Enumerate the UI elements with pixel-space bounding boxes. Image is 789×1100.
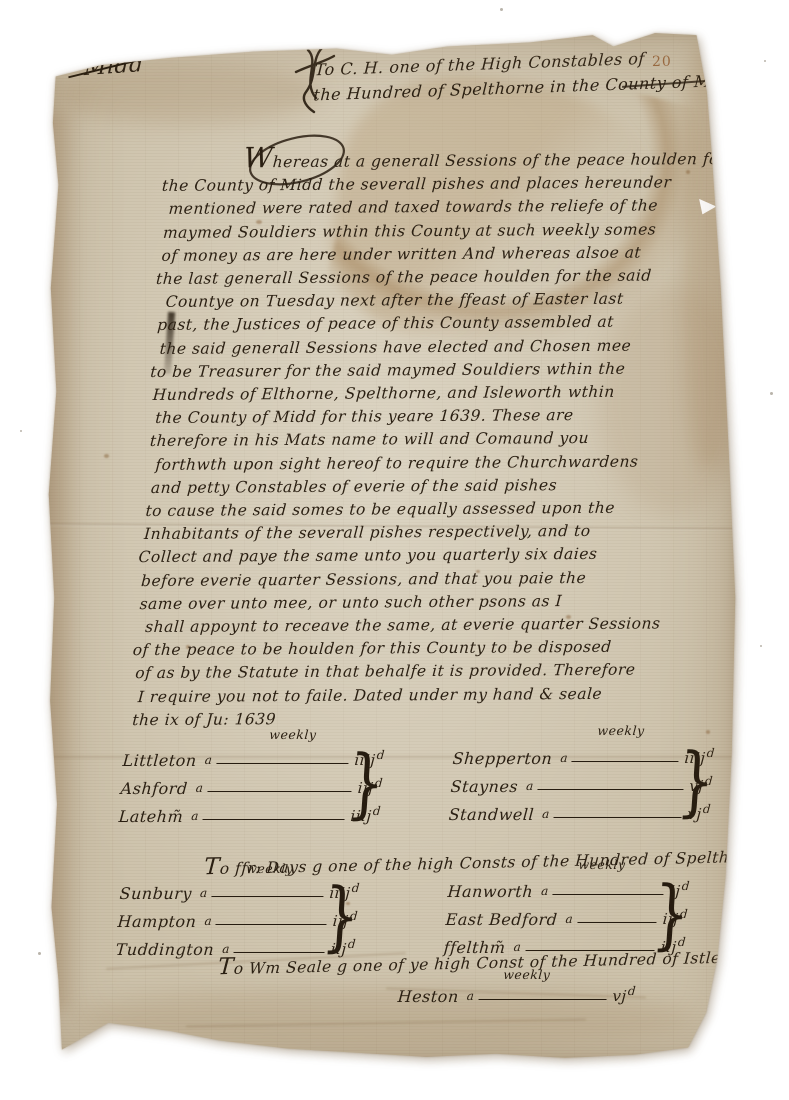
connector-letter: a [204, 914, 213, 928]
leader-line [577, 922, 657, 923]
weekly-label: weekly [503, 967, 551, 982]
weekly-label: weekly [597, 723, 645, 738]
body-line: Whereas at a generall Sessions of the pe… [167, 143, 741, 175]
place-name: Littleton [122, 751, 197, 770]
body-line: the last generall Sessions of the peace … [155, 264, 732, 291]
leader-line [216, 924, 327, 925]
foxing-spot [706, 730, 710, 734]
amount: vjd [612, 984, 637, 1005]
connector-letter: a [526, 779, 535, 793]
leader-line [216, 763, 348, 764]
wrinkle-line [186, 1019, 586, 1028]
body-line: shall appoynt to receave the same, at ev… [144, 612, 710, 639]
place-name: Latehm̃ [118, 807, 184, 826]
connector-letter: a [560, 751, 569, 765]
grouping-brace: } [320, 873, 363, 959]
assessment-row: Latehm̃ a iiijd [118, 798, 382, 826]
place-name: Heston [397, 987, 459, 1006]
leader-line [211, 896, 323, 897]
place-name: Sunbury [119, 884, 193, 903]
grouping-brace: } [345, 740, 388, 826]
assessment-row: Shepperton a iiijd [452, 740, 716, 768]
connector-letter: a [204, 753, 213, 767]
assessment-row: Littleton a iiijd [122, 742, 386, 770]
photo-backdrop: Midd To C. H. one of the High Constables… [0, 0, 789, 1100]
manuscript-page: Midd To C. H. one of the High Constables… [46, 30, 738, 1062]
address-block: To C. H. one of the High Constables of t… [313, 43, 740, 108]
folio-number: 20 [652, 54, 672, 70]
final-assessment-row: weekly Heston a vjd [397, 980, 637, 1006]
left-edge-discoloration [42, 110, 70, 1010]
weekly-label: weekly [246, 861, 294, 876]
connector-letter: a [191, 809, 200, 823]
place-name: Hanworth [447, 882, 534, 901]
connector-letter: a [541, 884, 550, 898]
body-line: forthwth upon sight hereof to require th… [155, 450, 721, 477]
assessment-row: Standwell a vjd [448, 796, 712, 824]
connector-letter: a [200, 886, 209, 900]
leader-line [554, 817, 682, 818]
assessment-list-spelthorne-left: weekly Littleton a iiijd Ashford a iijd … [118, 742, 386, 826]
body-text: Whereas at a generall Sessions of the pe… [132, 143, 741, 732]
leader-line [572, 761, 678, 762]
place-name: Ashford [120, 779, 188, 798]
weekly-label: weekly [578, 857, 626, 872]
place-name: Standwell [448, 805, 535, 824]
leader-line [207, 791, 351, 792]
place-name: East Bedford [445, 910, 558, 929]
assessment-row: Heston a vjd [397, 980, 637, 1006]
body-line: of as by the Statute in that behalfe it … [135, 659, 708, 686]
leader-line [478, 999, 606, 1000]
assessment-row: Staynes a vjd [450, 768, 714, 796]
place-name: Hampton [117, 912, 197, 931]
connector-letter: a [565, 912, 574, 926]
assessment-list-second-left: weekly Sunbury a iiijd Hampton a iijd Tu… [115, 875, 361, 959]
connector-letter: a [195, 781, 204, 795]
pence-unit: d [627, 984, 636, 998]
place-name: Shepperton [452, 749, 553, 768]
assessment-list-spelthorne-right: weekly Shepperton a iiijd Staynes a vjd … [448, 740, 716, 824]
leader-line [553, 894, 664, 895]
place-name: Staynes [450, 777, 519, 796]
body-line: maymed Souldiers wthin this County at su… [162, 218, 735, 245]
leader-line [203, 819, 345, 820]
county-docket: Midd [84, 52, 144, 81]
leader-line [538, 789, 684, 790]
body-line: mentioned were rated and taxed towards t… [168, 194, 737, 221]
weekly-label: weekly [269, 727, 317, 742]
connector-letter: a [466, 989, 475, 1003]
grouping-brace: } [675, 738, 718, 824]
foxing-spot [104, 454, 109, 458]
assessment-row: Ashford a iijd [120, 770, 384, 798]
place-name: Tuddington [115, 940, 215, 959]
connector-letter: a [542, 807, 551, 821]
